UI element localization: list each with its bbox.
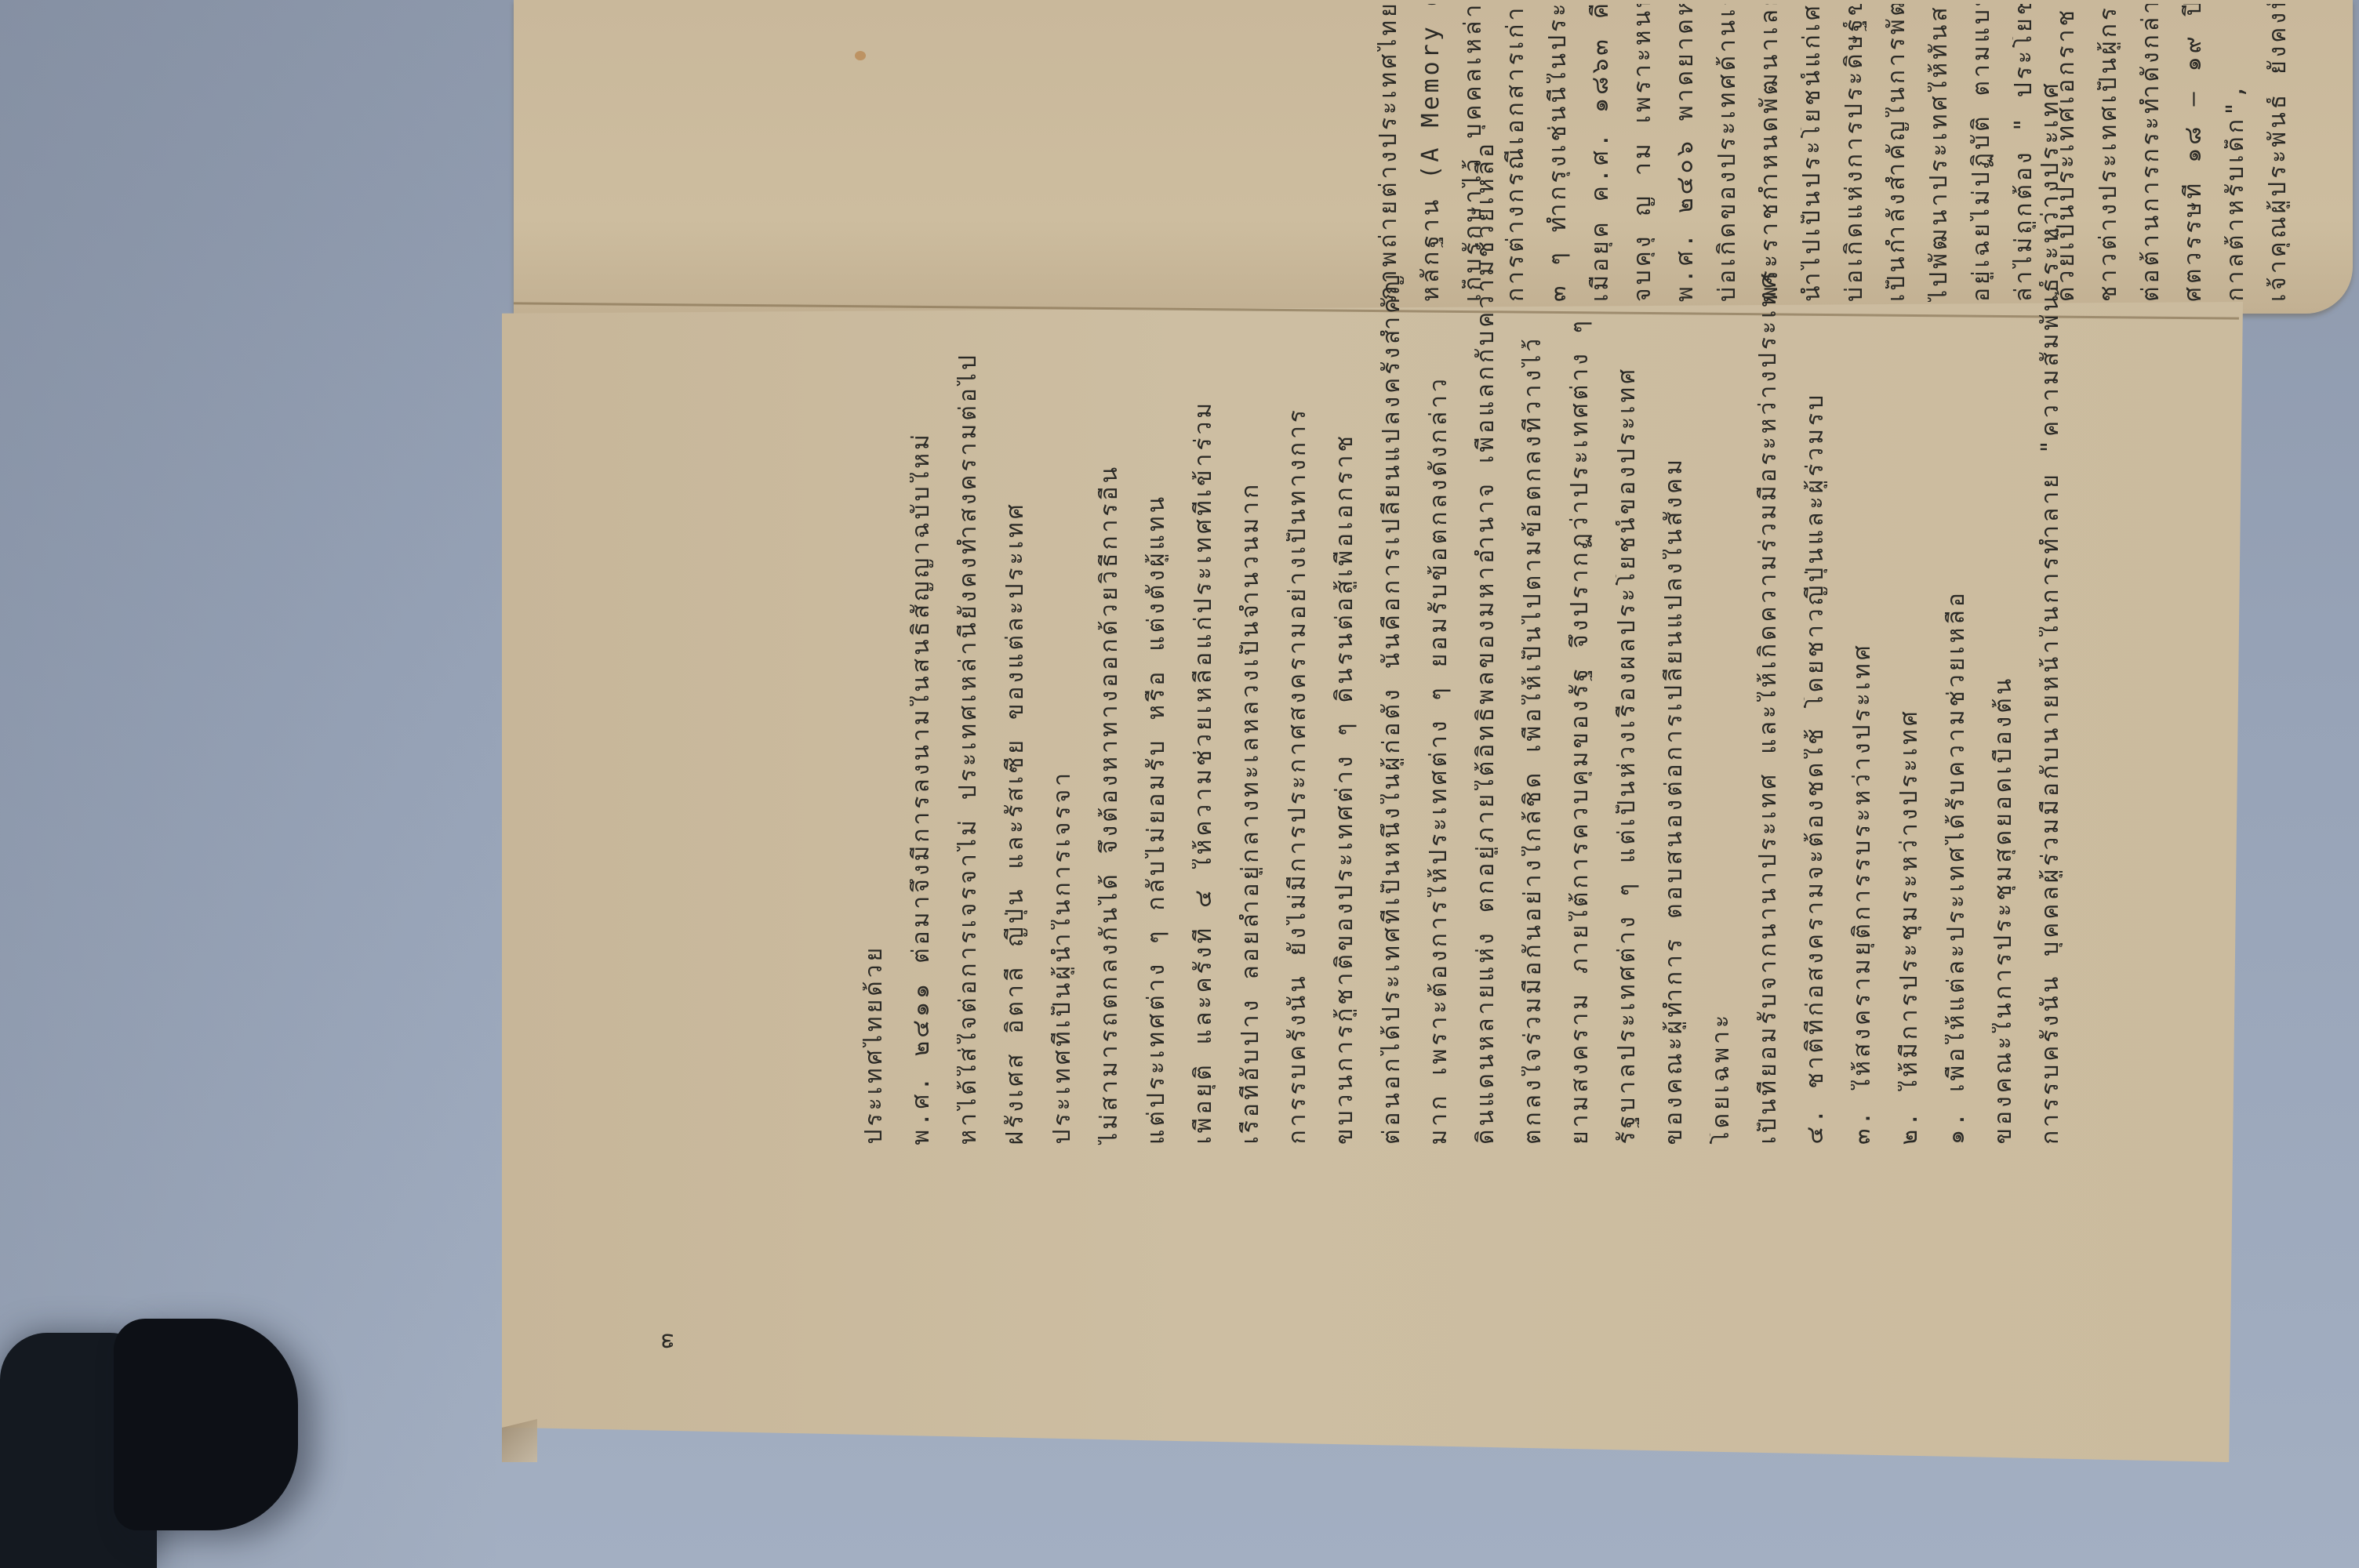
text-line: บ่อเกิดของประเทศด้านเกลือก — [1716, 4, 1739, 302]
text-line: อยู่เฉยไม่ปฏิบัติ ตามแบบอย่าง — [1970, 4, 1994, 302]
text-line: บ่อเกิดแห่งการประดิษฐ์ของพวก — [1843, 4, 1866, 302]
text-line: ๒. ให้มีการประชุมระหว่างประเทศ — [1898, 708, 1921, 1145]
text-line: พ.ศ. ๒๔๑๑ ต่อมาจึงมีการลงนามในสนธิสัญญาฉ… — [910, 431, 933, 1145]
text-line: การรบครั้งนั้น ยังไม่มีการประกาศสงครามอย… — [1286, 407, 1310, 1145]
text-line: ไม่สามารถตกลงกันได้ จึงต้องหาทางออกด้วยว… — [1098, 464, 1121, 1145]
text-line: หาได้ใส่ใจต่อการเจรจาไม่ ประเทศเหล่านี้ย… — [957, 352, 980, 1145]
text-line: จบคุงุ ญ าม เพราะหนทางหนึ่ง — [1631, 4, 1655, 302]
text-line: เมื่อยุค ค.ศ. ๑๘๖๓ คือ — [1589, 4, 1612, 302]
text-line: ดินแดนหลายแห่ง ตกอยู่ภายใต้อิทธิพลของมหา… — [1474, 140, 1498, 1145]
page-number: ๓ — [647, 1333, 684, 1349]
text-line: แต่ประเทศต่าง ๆ กลับไม่ยอมรับ หรือ แต่งต… — [1145, 494, 1169, 1145]
main-page — [502, 302, 2243, 1462]
text-line: ๑. เพื่อให้แต่ละประเทศได้รับความช่วยเหลื… — [1945, 590, 1968, 1145]
book-clip-holder-head — [114, 1319, 298, 1530]
text-line: ต่อนอกได้ประเทศที่เป็นหนึ่งในผู้ก่อตั้ง … — [1380, 271, 1404, 1145]
text-line: โดยเฉพาะ — [1710, 1012, 1733, 1145]
text-line: พ.ศ. ๒๔๐๖ พาดยาดหมันดิลด — [1674, 4, 1697, 302]
text-line: ขบวนการกู้ชาติของประเทศต่าง ๆ ดิ้นรนต่อส… — [1333, 433, 1357, 1145]
text-line: ไปพัฒนาประเทศให้ทันสมัยในหน้า — [1928, 4, 1951, 302]
text-line: การต่างกรณีเอกสารเก่าเหล่านี้มา — [1504, 4, 1528, 302]
text-line: ของคณะผู้ทำการ ตอบสนองต่อการเปลี่ยนแปลงใ… — [1663, 456, 1686, 1145]
text-line: ๓ ๆ ทำกรุงเช่นนี้ในประเทศ — [1547, 4, 1570, 302]
text-line: ต่อต้านการกระทำดังกล่าว มักถูก — [2139, 4, 2163, 302]
text-line: ประเทศไทยด้วย — [863, 945, 886, 1145]
text-line: ยามสงคราม ภายใต้การควบคุมของรัฐ จึงปรากฏ… — [1568, 318, 1592, 1145]
text-line: พระราชกำหนดพัฒนาเลยเกี่ยวกับงานนอก — [1758, 4, 1782, 302]
text-line: มาก เพราะต้องการให้ประเทศต่าง ๆ ยอมรับข้… — [1427, 376, 1451, 1145]
text-line: เพื่อยุติ และครั้งที่ ๔ ให้ความช่วยเหลือ… — [1192, 400, 1216, 1145]
text-line: ของคณะในการประชุมสุดยอดเบื้องต้น — [1992, 676, 2016, 1145]
text-line: รัฐบาลประเทศต่าง ๆ แต่เป็นห่วงเรื่องผลปร… — [1616, 366, 1639, 1145]
text-line: เป็นกำลังสำคัญในการพัฒนาประเทศ — [1885, 4, 1909, 302]
text-line: ฝรั่งเศส อิตาลี ญี่ปุ่น และรัสเซีย ของแต… — [1004, 501, 1027, 1145]
text-line: ภาพถ่ายต่างประเทศไทยในปัจจุบัน — [1377, 4, 1401, 302]
paper-stain — [855, 51, 866, 60]
text-line: ตกลงใจร่วมมือกันอย่างใกล้ชิด เพื่อให้เป็… — [1521, 336, 1545, 1145]
text-line: ๓. ให้สงครามยุติการรบระหว่างประเทศ — [1851, 642, 1874, 1145]
text-line: การรบครั้งนั้น บุคคลผู้ร่วมมือกับนายหน้า… — [2039, 78, 2063, 1145]
text-line: เจ้าคุณผู้ประพันธ์ ยังคงปั่นหนาย — [2266, 4, 2290, 302]
text-line: ล่าไม่ถูกต้อง " ประโยชน์ที่ได้รับ — [2012, 4, 2036, 302]
text-line: ประเทศที่เป็นผู้นำในการเจรจา — [1051, 770, 1074, 1145]
text-line: หลักฐาน (A Memory of Sol- — [1419, 4, 1443, 302]
text-line: เป็นที่ยอมรับจากนานาประเทศ และให้เกิดควา… — [1757, 270, 1780, 1145]
text-line: เรือที่อับปาง ลอยลำอยู่กลางทะเลหลวงเป็นจ… — [1239, 481, 1263, 1145]
text-line: ๔. ชาติที่ก่อสงครามจะต้องชดใช้ โดยชาวญี่… — [1804, 392, 1827, 1145]
text-line: ศตวรรษที่ ๑๘ – ๑๙ ปี หรือ — [2182, 4, 2205, 302]
text-line: ชาวต่างประเทศเป็นผู้กระทำ — [2097, 4, 2121, 302]
text-line: นำไปเป็นประโยชน์แก่เศรษฐกิจ — [1801, 4, 1824, 302]
text-line: กาลต้าหรับเด็ก", — [2224, 82, 2248, 302]
